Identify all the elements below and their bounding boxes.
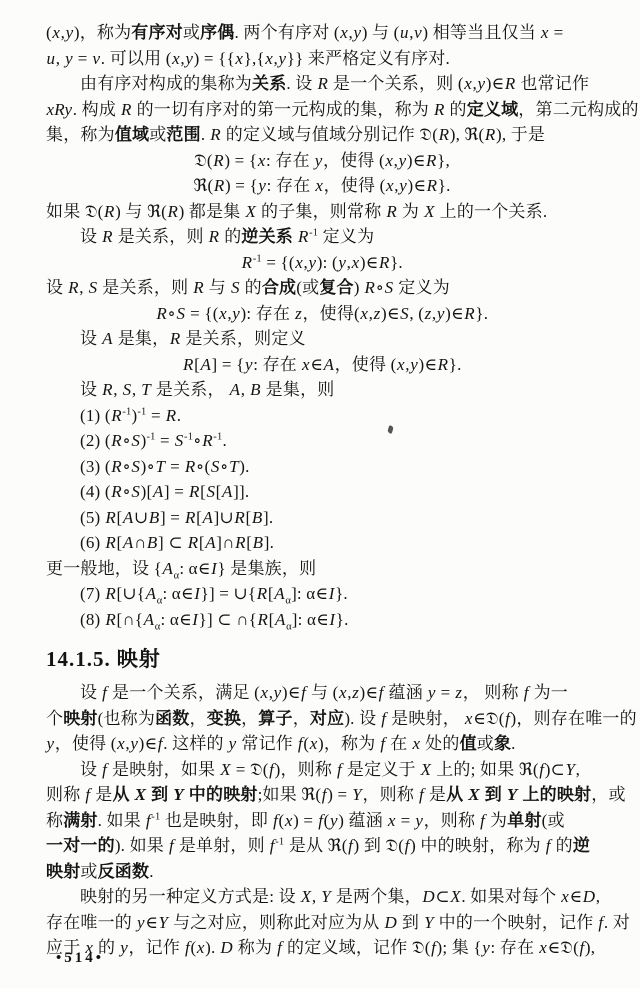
text-line: (x,y)，称为有序对或序偶. 两个有序对 (x,y) 与 (u,v) 相等当且… bbox=[46, 20, 598, 46]
text-line: 设 R 是关系，则 R 的逆关系 R-1 定义为 bbox=[46, 224, 598, 250]
formula-line: 𝔇(R) = {x: 存在 y，使得 (x,y)∈R}, bbox=[46, 148, 598, 174]
text-line: 设 A 是集，R 是关系，则定义 bbox=[46, 326, 598, 352]
text-line: u, y = v. 可以用 (x,y) = {{x},{x,y}} 来严格定义有… bbox=[46, 46, 598, 72]
text-line: 设 f 是一个关系，满足 (x,y)∈f 与 (x,z)∈f 蕴涵 y = z，… bbox=[46, 680, 598, 706]
text-line: (2) (R∘S)-1 = S-1∘R-1. bbox=[46, 428, 598, 454]
formula-line: R-1 = {(x,y): (y,x)∈R}. bbox=[46, 250, 598, 276]
page-number: •514• bbox=[56, 950, 104, 967]
text-line: 设 R, S 是关系，则 R 与 S 的合成(或复合) R∘S 定义为 bbox=[46, 275, 598, 301]
text-line: 一对一的). 如果 f 是单射，则 f-1 是从 ℜ(f) 到 𝔇(f) 中的映… bbox=[46, 833, 598, 859]
text-line: 集，称为值域或范围. R 的定义域与值域分别记作 𝔇(R), ℜ(R), 于是 bbox=[46, 122, 598, 148]
text-line: 映射的另一种定义方式是: 设 X, Y 是两个集，D⊂X. 如果对每个 x∈D, bbox=[46, 884, 598, 910]
text-line: 存在唯一的 y∈Y 与之对应，则称此对应为从 D 到 Y 中的一个映射，记作 f… bbox=[46, 910, 598, 936]
text-line: 个映射(也称为函数，变换，算子，对应). 设 f 是映射， x∈𝔇(f)，则存在… bbox=[46, 706, 598, 732]
text-line: (7) R[∪{Aα: α∈I}] = ∪{R[Aα]: α∈I}. bbox=[46, 581, 598, 607]
text-line: 设 R, S, T 是关系， A, B 是集，则 bbox=[46, 377, 598, 403]
section-title: 映射 bbox=[117, 647, 161, 671]
section-number: 14.1.5. bbox=[46, 647, 111, 671]
text-line: (6) R[A∩B] ⊂ R[A]∩R[B]. bbox=[46, 530, 598, 556]
text-line: (8) R[∩{Aα: α∈I}] ⊂ ∩{R[Aα]: α∈I}. bbox=[46, 607, 598, 633]
text-line: y，使得 (x,y)∈f. 这样的 y 常记作 f(x)，称为 f 在 x 处的… bbox=[46, 731, 598, 757]
formula-line: ℜ(R) = {y: 存在 x，使得 (x,y)∈R}. bbox=[46, 173, 598, 199]
formula-line: R[A] = {y: 存在 x∈A，使得 (x,y)∈R}. bbox=[46, 352, 598, 378]
text-line: 由有序对构成的集称为关系. 设 R 是一个关系，则 (x,y)∈R 也常记作 bbox=[46, 71, 598, 97]
text-line: 更一般地，设 {Aα: α∈I} 是集族，则 bbox=[46, 556, 598, 582]
text-line: 称满射. 如果 f-1 也是映射，即 f(x) = f(y) 蕴涵 x = y，… bbox=[46, 808, 598, 834]
section-heading: 14.1.5.映射 bbox=[46, 644, 598, 674]
text-line: 设 f 是映射，如果 X = 𝔇(f)，则称 f 是定义于 X 上的; 如果 ℜ… bbox=[46, 757, 598, 783]
text-line: (3) (R∘S)∘T = R∘(S∘T). bbox=[46, 454, 598, 480]
text-line: 则称 f 是从 X 到 Y 中的映射;如果 ℜ(f) = Y，则称 f 是从 X… bbox=[46, 782, 598, 808]
text-line: (5) R[A∪B] = R[A]∪R[B]. bbox=[46, 505, 598, 531]
text-line: (4) (R∘S)[A] = R[S[A]]. bbox=[46, 479, 598, 505]
text-line: 应于 x 的 y，记作 f(x). D 称为 f 的定义域，记作 𝔇(f); 集… bbox=[46, 935, 598, 961]
text-line: 如果 𝔇(R) 与 ℜ(R) 都是集 X 的子集，则常称 R 为 X 上的一个关… bbox=[46, 199, 598, 225]
book-page: (x,y)，称为有序对或序偶. 两个有序对 (x,y) 与 (u,v) 相等当且… bbox=[0, 0, 640, 988]
text-line: xRy. 构成 R 的一切有序对的第一元构成的集，称为 R 的定义域，第二元构成… bbox=[46, 97, 598, 123]
formula-line: R∘S = {(x,y): 存在 z，使得(x,z)∈S, (z,y)∈R}. bbox=[46, 301, 598, 327]
text-line: (1) (R-1)-1 = R. bbox=[46, 403, 598, 429]
text-line: 映射或反函数. bbox=[46, 859, 598, 885]
page-body: (x,y)，称为有序对或序偶. 两个有序对 (x,y) 与 (u,v) 相等当且… bbox=[46, 20, 598, 961]
